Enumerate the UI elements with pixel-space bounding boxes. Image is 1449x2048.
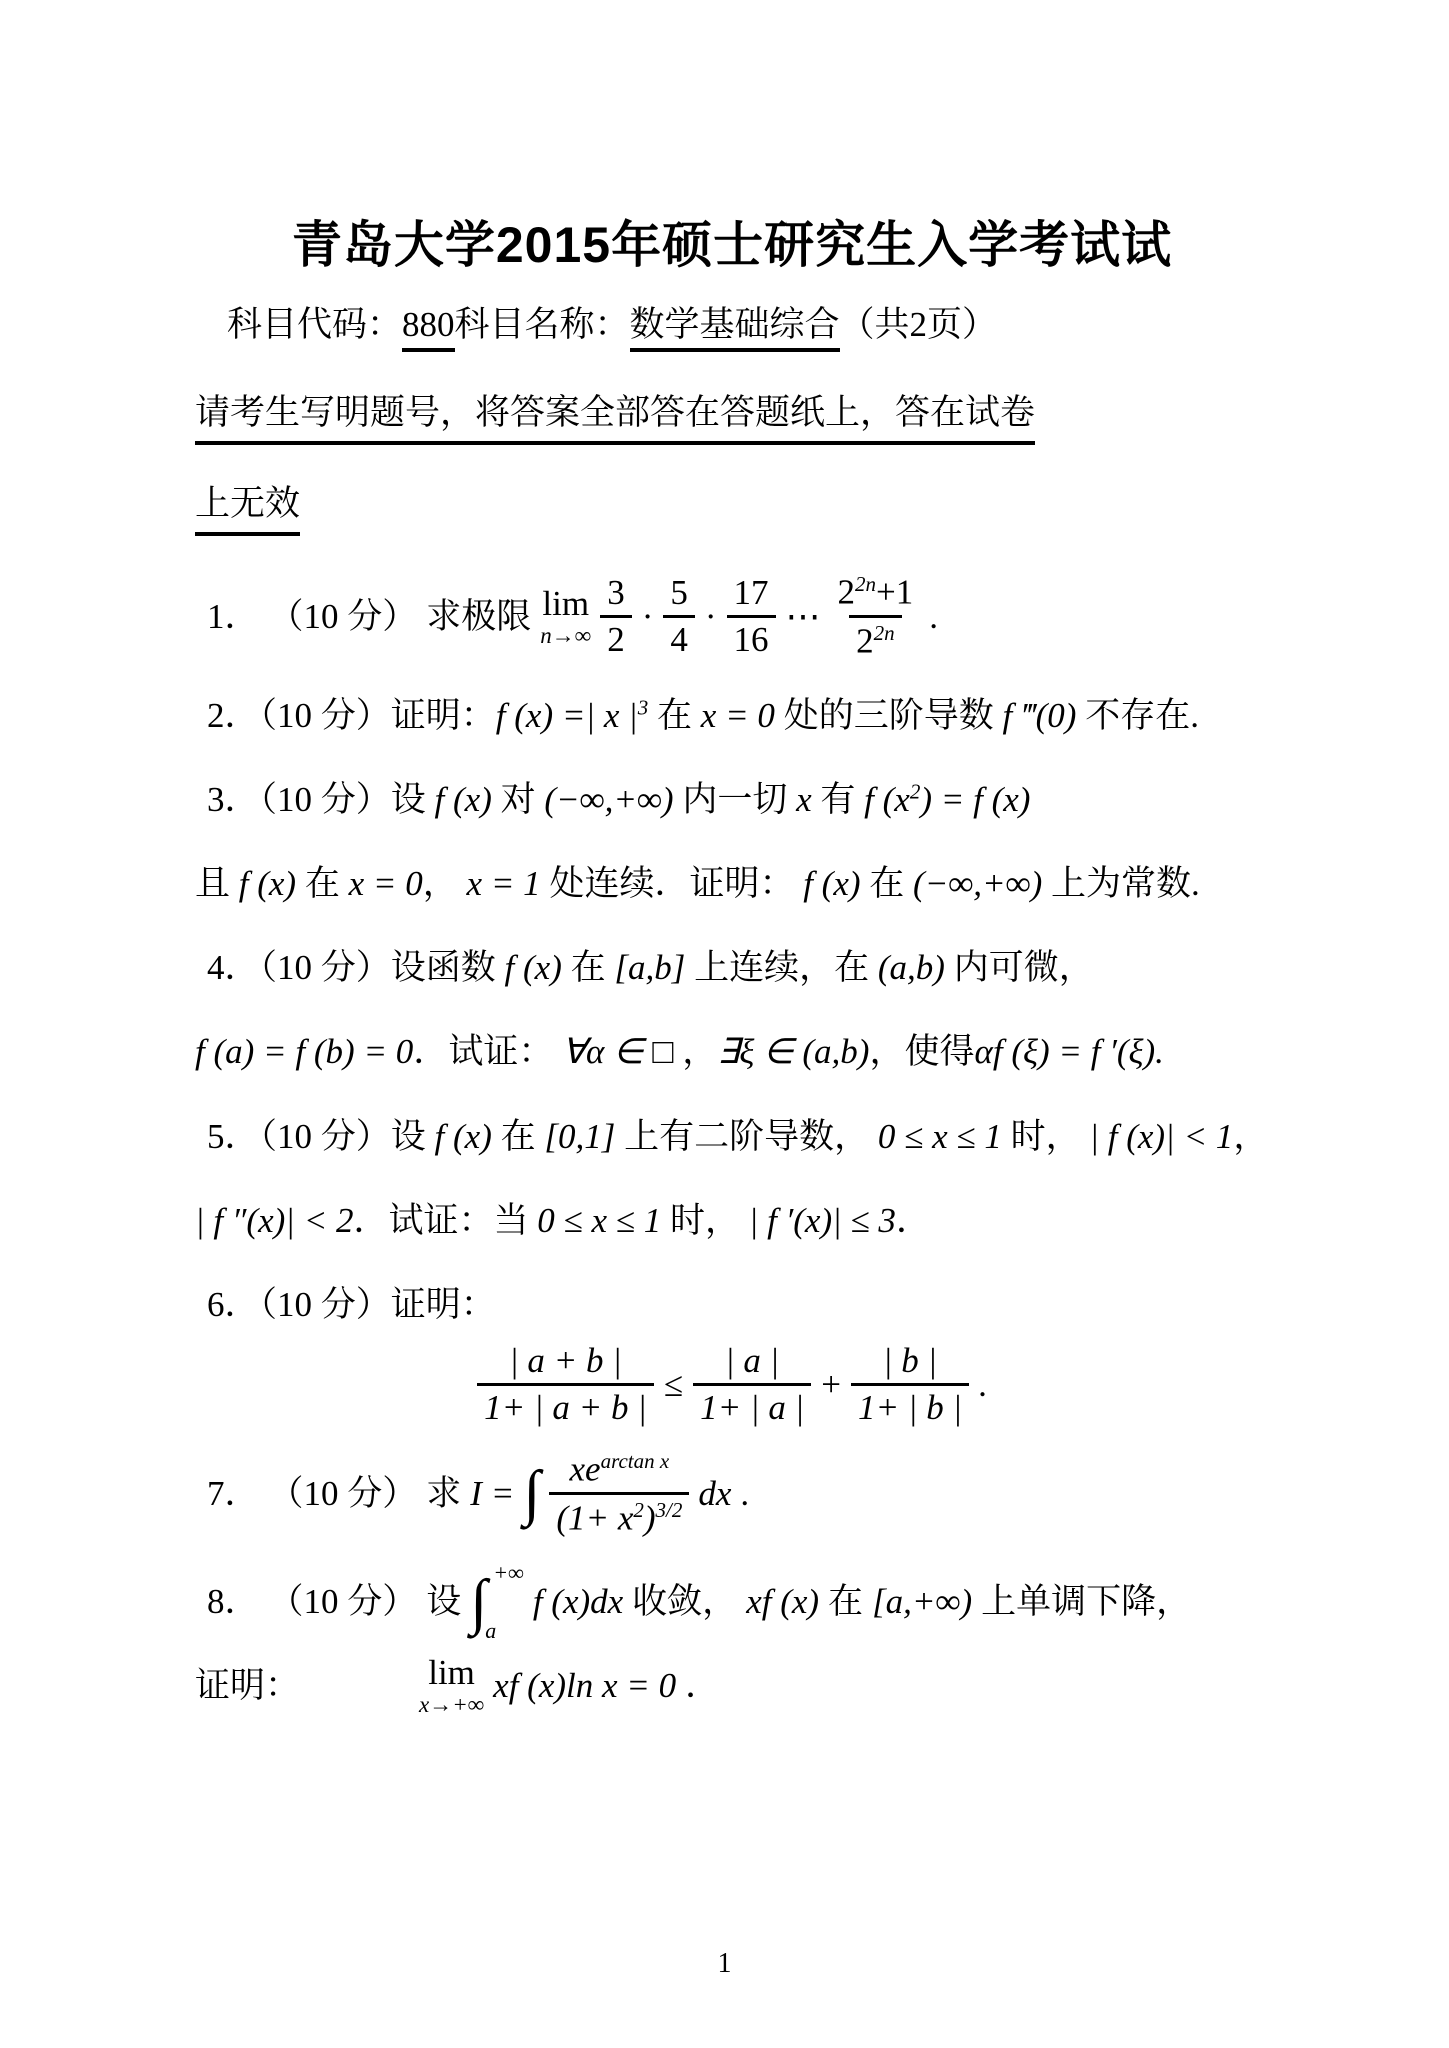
base: 2	[838, 573, 856, 612]
text: 在	[648, 696, 701, 735]
math: x = 0	[701, 696, 775, 735]
fraction-3-2: 32	[600, 575, 632, 659]
math: | f ″(x)| < 2	[195, 1201, 354, 1240]
text: 时，	[1002, 1117, 1090, 1156]
problem-4-line-1: 4．（10 分）设函数 f (x) 在 [a,b] 上连续，在 (a,b) 内可…	[195, 946, 1269, 990]
math: 0 ≤ x ≤ 1	[878, 1117, 1002, 1156]
text: ，	[423, 864, 467, 903]
subject-pages-note: （共2页）	[840, 305, 998, 344]
fraction-numerator: | a + b |	[502, 1343, 629, 1383]
math: ∃ξ ∈ (a,b)	[717, 1032, 869, 1071]
integral-bounds: +∞a	[493, 1559, 524, 1645]
problem-5-line-2: | f ″(x)| < 2．试证：当 0 ≤ x ≤ 1 时， | f ′(x)…	[195, 1199, 1269, 1243]
leq-sign: ≤	[663, 1363, 684, 1407]
fraction-numerator: 17	[727, 575, 776, 615]
math: ∀α ∈ □	[562, 1032, 673, 1071]
text: ，	[674, 1032, 718, 1071]
notice-text-1: 请考生写明题号，将答案全部答在答题纸上，答在试卷	[195, 393, 1035, 445]
integral-sign: ∫	[523, 1467, 540, 1520]
math: f (x)	[239, 864, 296, 903]
text: 有	[812, 780, 865, 819]
subject-line: 科目代码：880科目名称：数学基础综合（共2页）	[195, 303, 1269, 347]
text: 收敛，	[632, 1580, 737, 1624]
text: 处连续．证明：	[541, 864, 804, 903]
period: .	[740, 1472, 749, 1516]
limit-operator: limx→+∞	[419, 1655, 484, 1716]
fraction-denominator: 1+ | a + b |	[477, 1383, 654, 1427]
limit-word: lim	[428, 1655, 475, 1690]
text: 设函数	[391, 948, 505, 987]
plus-one: +1	[876, 573, 913, 612]
problem-7: 7． （10 分） 求 I = ∫ xearctan x(1+ x2)3/2 d…	[195, 1450, 1269, 1537]
exponent: 2n	[855, 572, 876, 596]
problem-6: 6．（10 分）证明：	[195, 1283, 1269, 1327]
problem-8-number: 8．	[207, 1580, 260, 1624]
fraction-numerator: | a |	[718, 1343, 786, 1383]
notice-line-2: 上无效	[195, 482, 1269, 526]
text: ．	[685, 1664, 720, 1708]
subject-code-label: 科目代码：	[227, 305, 402, 344]
subject-name-value: 数学基础综合	[630, 305, 840, 352]
problem-3-score: （10 分）	[260, 780, 391, 819]
problem-5-line-1: 5．（10 分）设 f (x) 在 [0,1] 上有二阶导数， 0 ≤ x ≤ …	[195, 1115, 1269, 1159]
text: 上连续，在	[685, 948, 878, 987]
math: f (x)	[803, 864, 860, 903]
fraction-numerator: 3	[600, 575, 632, 615]
text: 设	[391, 780, 435, 819]
text: 设	[391, 1117, 435, 1156]
fraction-denominator: 16	[727, 615, 776, 659]
fraction-denominator: 1+ | b |	[851, 1383, 969, 1427]
problem-6-score: （10 分）	[260, 1285, 391, 1324]
subject-name-label: 科目名称：	[455, 305, 630, 344]
fraction-numerator: 5	[663, 575, 695, 615]
notice-text-2: 上无效	[195, 484, 300, 536]
text: 内可微，	[945, 948, 1094, 987]
problem-6-formula: | a + b |1+ | a + b | ≤ | a |1+ | a | + …	[195, 1343, 1269, 1427]
page-title: 青岛大学2015年硕士研究生入学考试试	[195, 205, 1269, 277]
fraction-aplusb: | a + b |1+ | a + b |	[477, 1343, 654, 1427]
fraction-denominator: 22n	[849, 615, 902, 660]
text: 证明：	[391, 1285, 496, 1324]
problem-1: 1． （10 分） 求极限 limn→∞ 32 · 54 · 1716 ⋯ 22…	[195, 573, 1269, 660]
text: 在	[296, 864, 349, 903]
math: f ‴(0)	[1002, 696, 1076, 735]
math: x = 1	[467, 864, 541, 903]
math: (−∞,+∞)	[544, 780, 673, 819]
problem-5-number: 5．	[207, 1117, 260, 1156]
fraction-denominator: (1+ x2)3/2	[549, 1492, 689, 1537]
problem-8-score: （10 分）	[269, 1580, 418, 1624]
math: f (x	[864, 780, 910, 819]
math: f (x)	[435, 780, 492, 819]
math: dx	[698, 1472, 731, 1516]
text: 在	[492, 1117, 545, 1156]
base: 2	[856, 621, 874, 660]
math: I =	[470, 1472, 514, 1516]
exam-page: 青岛大学2015年硕士研究生入学考试试 科目代码：880科目名称：数学基础综合（…	[0, 0, 1449, 2048]
multiply-dot: ·	[641, 595, 655, 639]
math: αf (ξ) = f ′(ξ).	[974, 1032, 1163, 1071]
fraction-a: | a |1+ | a |	[693, 1343, 811, 1427]
problem-2: 2．（10 分）证明：f (x) =| x |3 在 x = 0 处的三阶导数 …	[195, 694, 1269, 738]
problem-1-lead: 求极限	[426, 595, 531, 639]
math: (a,b)	[878, 948, 945, 987]
text: 内一切	[674, 780, 797, 819]
upper-bound: +∞	[493, 1559, 524, 1587]
math: x	[796, 780, 812, 819]
text: 证明：	[195, 1664, 300, 1708]
text: 上为常数.	[1042, 864, 1200, 903]
text: 求	[426, 1472, 461, 1516]
math: 0 ≤ x ≤ 1	[537, 1201, 661, 1240]
fraction-general-term: 22n+122n	[831, 573, 921, 660]
math: xf (x)	[746, 1580, 819, 1624]
problem-8-line-1: 8． （10 分） 设 ∫ +∞a f (x)dx 收敛， xf (x) 在 […	[195, 1559, 1269, 1645]
problem-3-number: 3．	[207, 780, 260, 819]
math: ) = f (x)	[920, 780, 1030, 819]
fraction-denominator: 2	[600, 615, 632, 659]
math: [a,+∞)	[872, 1580, 972, 1624]
problem-2-number: 2．	[207, 696, 260, 735]
close-paren: )	[644, 1498, 656, 1537]
fraction-numerator: 22n+1	[831, 573, 921, 614]
math: [0,1]	[544, 1117, 615, 1156]
text: 上单调下降，	[981, 1580, 1191, 1624]
exponent: arctan x	[601, 1449, 670, 1473]
plus-sign: +	[820, 1363, 842, 1407]
text: 上有二阶导数，	[615, 1117, 878, 1156]
problem-7-score: （10 分）	[269, 1472, 418, 1516]
text: ．	[896, 1201, 931, 1240]
text: 设	[426, 1580, 461, 1624]
problem-1-number: 1．	[207, 595, 260, 639]
fraction-numerator: xearctan x	[562, 1450, 676, 1491]
fraction-denominator: 1+ | a |	[693, 1383, 811, 1427]
text: 对	[492, 780, 545, 819]
math: (−∞,+∞)	[913, 864, 1042, 903]
math: | f ′(x)| ≤ 3	[749, 1201, 896, 1240]
page-number: 1	[0, 1948, 1449, 1980]
math: f (x) =| x |	[496, 696, 638, 735]
problem-7-number: 7．	[207, 1472, 260, 1516]
exponent: 2n	[874, 621, 895, 645]
limit-operator: limn→∞	[540, 586, 591, 647]
text: 时，	[661, 1201, 749, 1240]
problem-4-line-2: f (a) = f (b) = 0．试证： ∀α ∈ □ ，∃ξ ∈ (a,b)…	[195, 1030, 1269, 1074]
period: .	[929, 595, 938, 639]
fraction-17-16: 1716	[727, 575, 776, 659]
math: x = 0	[349, 864, 423, 903]
math: xf (x)ln x = 0	[493, 1664, 676, 1708]
notice-line-1: 请考生写明题号，将答案全部答在答题纸上，答在试卷	[195, 391, 1269, 435]
text: ，	[1233, 1117, 1268, 1156]
cdots: ⋯	[785, 595, 822, 639]
lower-bound: a	[485, 1617, 496, 1645]
text: 证明：	[391, 696, 496, 735]
problem-3-line-2: 且 f (x) 在 x = 0， x = 1 处连续．证明： f (x) 在 (…	[195, 862, 1269, 906]
math: f (x)	[435, 1117, 492, 1156]
math: f (x)	[505, 948, 562, 987]
text: 在	[828, 1580, 863, 1624]
problem-4-score: （10 分）	[260, 948, 391, 987]
fraction-numerator: | b |	[876, 1343, 944, 1383]
fraction-b: | b |1+ | b |	[851, 1343, 969, 1427]
base: (1+ x	[556, 1498, 633, 1537]
limit-subscript: n→∞	[540, 624, 591, 647]
math: [a,b]	[614, 948, 685, 987]
text: 在	[562, 948, 615, 987]
problem-3-line-1: 3．（10 分）设 f (x) 对 (−∞,+∞) 内一切 x 有 f (x2)…	[195, 778, 1269, 822]
text: ．试证：当	[354, 1201, 538, 1240]
text: 且	[195, 864, 239, 903]
integrand-fraction: xearctan x(1+ x2)3/2	[549, 1450, 689, 1537]
exponent-three-halves: 3/2	[656, 1498, 683, 1522]
text: ．试证：	[413, 1032, 562, 1071]
period: .	[978, 1363, 987, 1407]
limit-subscript: x→+∞	[419, 1693, 484, 1716]
problem-2-score: （10 分）	[260, 696, 391, 735]
problem-4-number: 4．	[207, 948, 260, 987]
subject-code-value: 880	[402, 305, 455, 352]
exponent: 2	[633, 1498, 644, 1522]
problem-1-score: （10 分）	[269, 595, 418, 639]
exponent: 2	[910, 780, 921, 804]
multiply-dot: ·	[704, 595, 718, 639]
math: | f (x)| < 1	[1089, 1117, 1233, 1156]
math: f (a) = f (b) = 0	[195, 1032, 413, 1071]
fraction-denominator: 4	[663, 615, 695, 659]
math: f (x)dx	[533, 1580, 623, 1624]
text: 处的三阶导数	[775, 696, 1003, 735]
fraction-5-4: 54	[663, 575, 695, 659]
limit-word: lim	[542, 586, 589, 621]
text: 在	[861, 864, 914, 903]
base: xe	[569, 1450, 600, 1489]
problem-6-number: 6．	[207, 1285, 260, 1324]
problem-8-line-2: 证明： limx→+∞ xf (x)ln x = 0 ．	[195, 1655, 1269, 1716]
problem-5-score: （10 分）	[260, 1117, 391, 1156]
text: 不存在.	[1076, 696, 1199, 735]
text: ，使得	[869, 1032, 974, 1071]
exponent: 3	[638, 695, 649, 719]
